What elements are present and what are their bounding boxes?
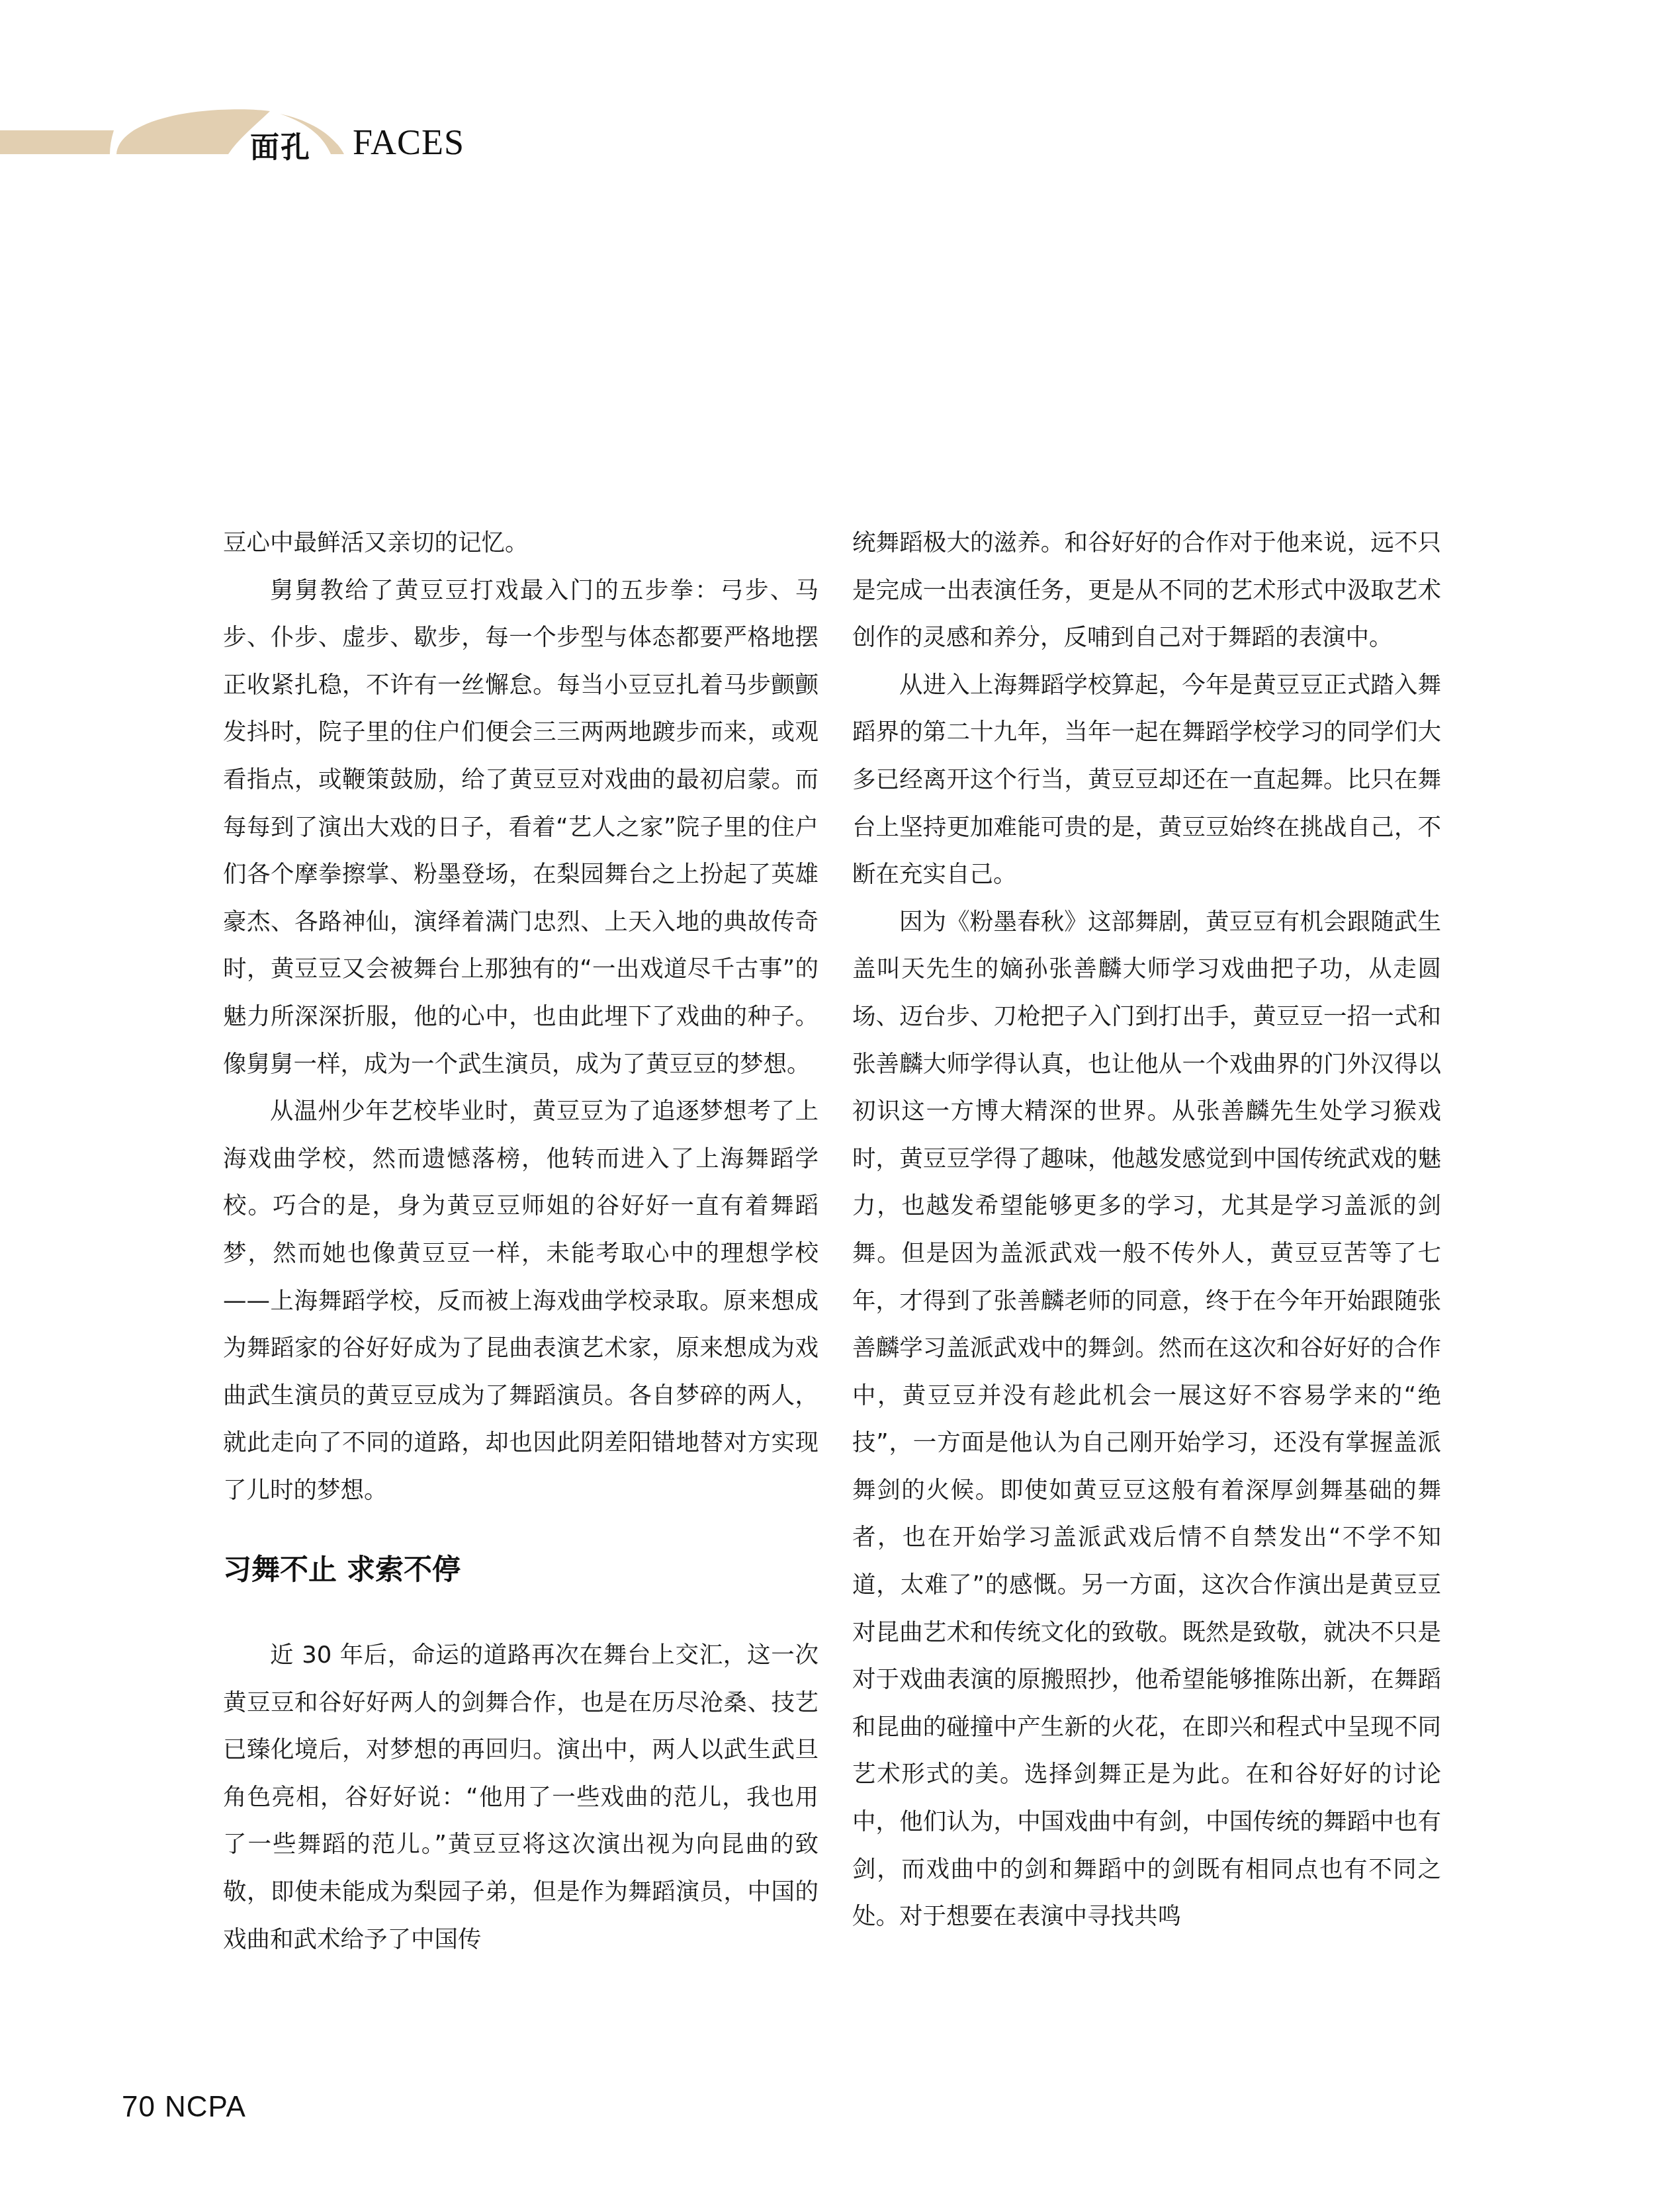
paragraph: 从温州少年艺校毕业时，黄豆豆为了追逐梦想考了上海戏曲学校，然而遗憾落榜，他转而进… bbox=[223, 1088, 818, 1514]
paragraph: 从进入上海舞蹈学校算起，今年是黄豆豆正式踏入舞蹈界的第二十九年，当年一起在舞蹈学… bbox=[852, 662, 1441, 898]
page-number: 70 bbox=[122, 2091, 155, 2123]
page-footer: 70NCPA bbox=[122, 2091, 255, 2124]
paragraph: 豆心中最鲜活又亲切的记忆。 bbox=[223, 519, 818, 567]
paragraph: 舅舅教给了黄豆豆打戏最入门的五步拳：弓步、马步、仆步、虚步、歇步，每一个步型与体… bbox=[223, 567, 818, 1088]
paragraph: 近 30 年后，命运的道路再次在舞台上交汇，这一次黄豆豆和谷好好两人的剑舞合作，… bbox=[223, 1632, 818, 1963]
section-label-zh: 面孔 bbox=[250, 124, 311, 166]
section-heading: 习舞不止 求索不停 bbox=[223, 1514, 818, 1632]
publication-name: NCPA bbox=[165, 2091, 246, 2123]
article-left-column: 豆心中最鲜活又亲切的记忆。 舅舅教给了黄豆豆打戏最入门的五步拳：弓步、马步、仆步… bbox=[223, 519, 818, 1963]
section-label-en: FACES bbox=[353, 122, 464, 163]
paragraph: 因为《粉墨春秋》这部舞剧，黄豆豆有机会跟随武生盖叫天先生的嫡孙张善麟大师学习戏曲… bbox=[852, 898, 1441, 1941]
paragraph: 统舞蹈极大的滋养。和谷好好的合作对于他来说，远不只是完成一出表演任务，更是从不同… bbox=[852, 519, 1441, 662]
article-right-column: 统舞蹈极大的滋养。和谷好好的合作对于他来说，远不只是完成一出表演任务，更是从不同… bbox=[852, 519, 1441, 1941]
